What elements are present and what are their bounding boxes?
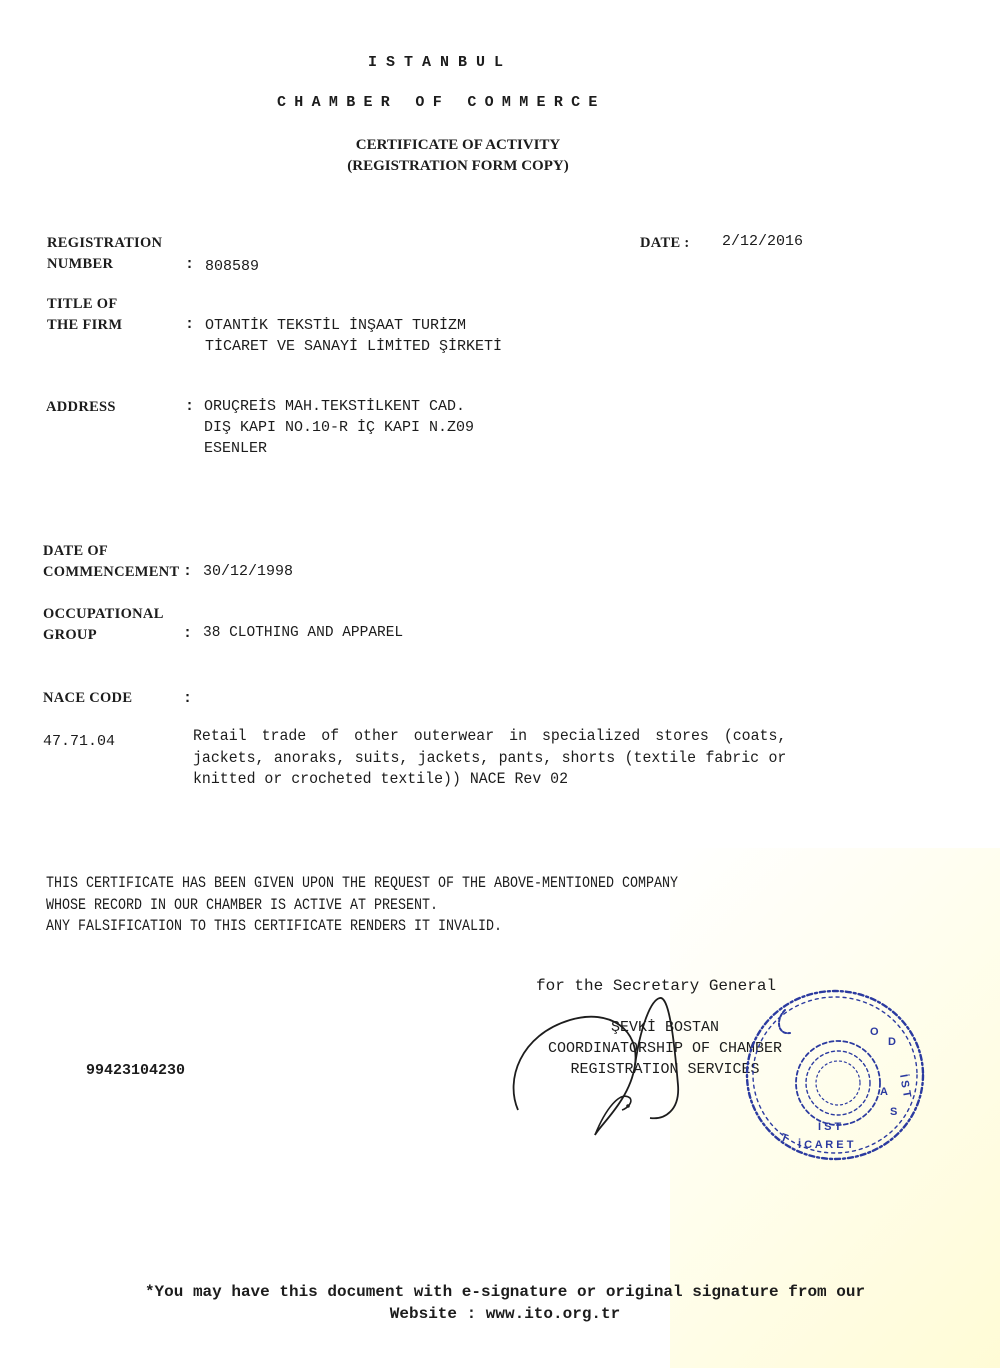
address-value: ORUÇREİS MAH.TEKSTİLKENT CAD.DIŞ KAPI NO… — [204, 396, 474, 459]
label-line: TITLE OF — [47, 296, 118, 312]
notice-line: WHOSE RECORD IN OUR CHAMBER IS ACTIVE AT… — [46, 896, 438, 914]
official-seal-icon: T İ C A R E T İ S T O D İ S T A S — [740, 985, 930, 1165]
label-line: REGISTRATION — [47, 235, 162, 251]
document-title: CERTIFICATE OF ACTIVITY(REGISTRATION FOR… — [0, 135, 916, 177]
certificate-notice: THIS CERTIFICATE HAS BEEN GIVEN UPON THE… — [46, 873, 678, 938]
value-line: ORUÇREİS MAH.TEKSTİLKENT CAD. — [204, 398, 465, 415]
svg-text:İ S T: İ S T — [897, 1073, 914, 1098]
signatory-name: ŞEVKİ BOSTAN — [611, 1019, 719, 1036]
subtitle-line: (REGISTRATION FORM COPY) — [347, 158, 568, 174]
svg-text:D: D — [888, 1036, 896, 1048]
nace-code-value: 47.71.04 — [43, 731, 115, 752]
registration-number-value: 808589 — [205, 256, 259, 277]
colon: : — [183, 563, 192, 580]
value-line: DIŞ KAPI NO.10-R İÇ KAPI N.Z09 — [204, 419, 474, 436]
footer-note: *You may have this document with e-signa… — [0, 1281, 1000, 1325]
occupational-group-label: OCCUPATIONALGROUP — [43, 604, 164, 646]
colon: : — [185, 398, 194, 415]
footer-website[interactable]: Website : www.ito.org.tr — [390, 1305, 620, 1323]
signatory-role: REGISTRATION SERVICES — [570, 1061, 759, 1078]
label-line: NUMBER — [47, 256, 113, 272]
registration-number-label: REGISTRATIONNUMBER — [47, 233, 162, 275]
occupational-group-value: 38 CLOTHING AND APPAREL — [203, 623, 403, 644]
label-line: DATE OF — [43, 543, 108, 559]
label-line: COMMENCEMENT — [43, 564, 180, 580]
address-label: ADDRESS — [46, 397, 116, 418]
label-line: OCCUPATIONAL — [43, 606, 164, 622]
colon: : — [183, 690, 192, 707]
svg-text:İ S T: İ S T — [818, 1120, 842, 1133]
title-line: CERTIFICATE OF ACTIVITY — [356, 137, 561, 153]
value-line: TİCARET VE SANAYİ LİMİTED ŞİRKETİ — [205, 338, 502, 355]
header-city: ISTANBUL — [0, 54, 880, 71]
svg-text:A: A — [880, 1086, 888, 1098]
colon: : — [185, 256, 194, 273]
label-line: THE FIRM — [47, 317, 122, 333]
date-value: 2/12/2016 — [722, 231, 803, 252]
svg-text:O: O — [870, 1026, 879, 1038]
document-number: 99423104230 — [86, 1062, 185, 1079]
svg-text:S: S — [890, 1106, 897, 1118]
header-organization: CHAMBER OF COMMERCE — [277, 94, 606, 111]
value-line: OTANTİK TEKSTİL İNŞAAT TURİZM — [205, 317, 466, 334]
svg-text:İ C A R E T: İ C A R E T — [798, 1138, 854, 1151]
footer-line: *You may have this document with e-signa… — [145, 1283, 865, 1301]
date-label: DATE : — [640, 233, 689, 254]
commencement-label: DATE OFCOMMENCEMENT — [43, 541, 180, 583]
notice-line: THIS CERTIFICATE HAS BEEN GIVEN UPON THE… — [46, 874, 678, 892]
nace-description: Retail trade of other outerwear in speci… — [193, 726, 786, 791]
value-line: ESENLER — [204, 440, 267, 457]
nace-code-label: NACE CODE — [43, 688, 132, 709]
firm-title-label: TITLE OFTHE FIRM — [47, 294, 122, 336]
colon: : — [185, 316, 194, 333]
label-line: GROUP — [43, 627, 97, 643]
firm-title-value: OTANTİK TEKSTİL İNŞAAT TURİZMTİCARET VE … — [205, 315, 502, 357]
colon: : — [183, 625, 192, 642]
commencement-value: 30/12/1998 — [203, 561, 293, 582]
notice-line: ANY FALSIFICATION TO THIS CERTIFICATE RE… — [46, 917, 502, 935]
